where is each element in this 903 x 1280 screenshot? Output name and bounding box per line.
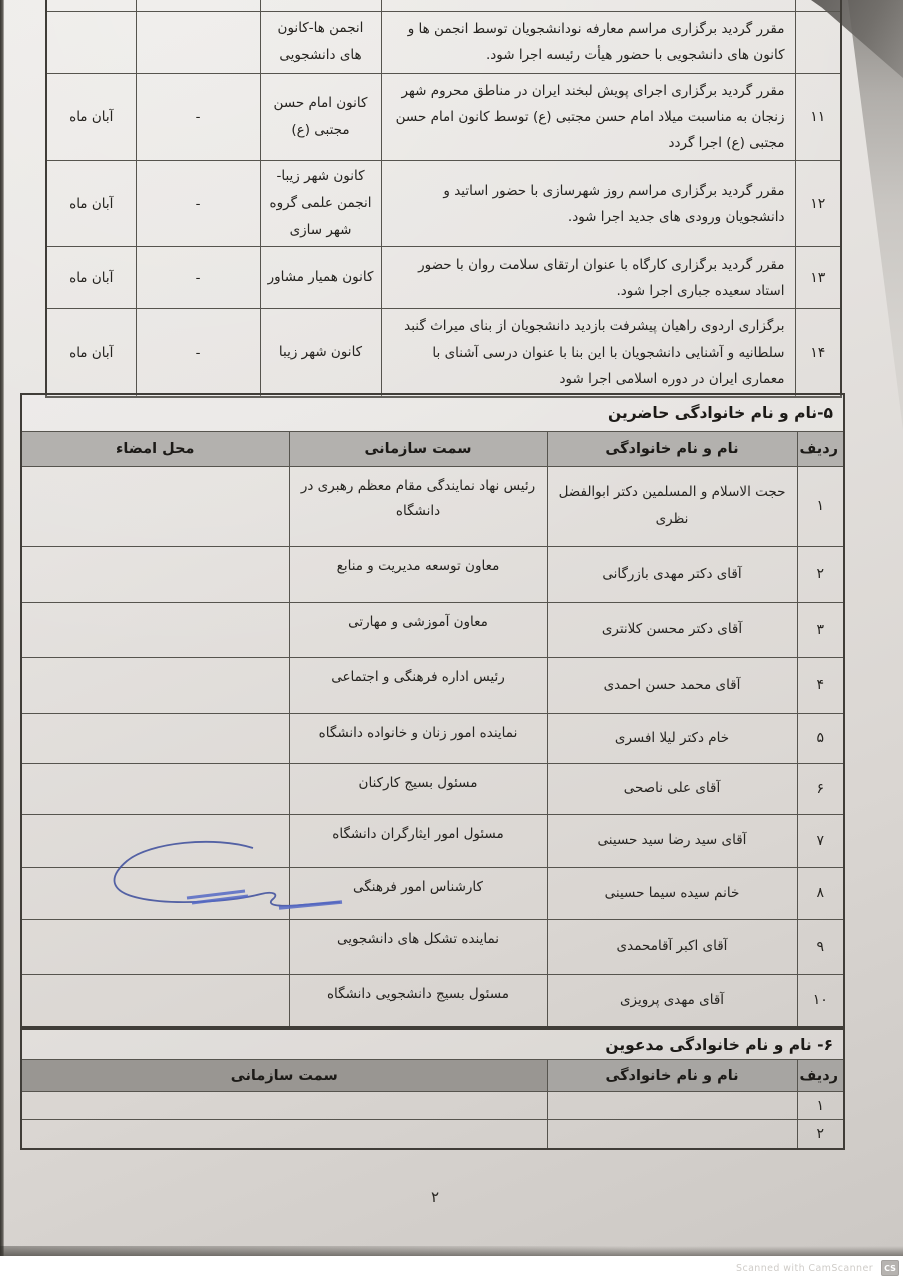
- invitees-section-title-row: ۶- نام و نام خانوادگی مدعوین: [21, 1029, 844, 1060]
- month-cell: آبان ماه: [46, 247, 136, 309]
- camscanner-logo-icon: CS: [881, 1260, 899, 1276]
- invitee-row: ۱: [21, 1092, 844, 1120]
- row-number-cell: ۱۰: [797, 974, 844, 1027]
- row-number-cell: ۱۲: [795, 161, 841, 247]
- header-row-number: ردیف: [797, 1060, 844, 1092]
- scanner-footer: CS Scanned with CamScanner: [0, 1256, 903, 1280]
- row-number-cell: ۷: [797, 814, 844, 867]
- resolutions-table: مقرر گردید برگزاری مراسم معارفه نودانشجو…: [45, 0, 842, 398]
- name-cell: خام دکتر لیلا افسری: [547, 713, 797, 763]
- attendees-table: ۵-نام و نام خانوادگی حاضرین ردیف نام و ن…: [20, 393, 845, 1028]
- header-row-number: ردیف: [797, 431, 844, 466]
- position-cell: مسئول بسیج دانشجویی دانشگاه: [289, 974, 547, 1027]
- signature-cell: [21, 919, 289, 974]
- attendee-row: ۸ خانم سیده سیما حسینی کارشناس امور فرهن…: [21, 867, 844, 919]
- attendee-row: ۷ آقای سید رضا سید حسینی مسئول امور ایثا…: [21, 814, 844, 867]
- row-number-cell: ۱۱: [795, 73, 841, 161]
- row-number-cell: ۲: [797, 1120, 844, 1149]
- header-position: سمت سازمانی: [21, 1060, 547, 1092]
- camscanner-watermark-text: Scanned with CamScanner: [736, 1263, 873, 1274]
- attendees-section-title: ۵-نام و نام خانوادگی حاضرین: [21, 394, 844, 431]
- position-cell: نماینده امور زنان و خانواده دانشگاه: [289, 713, 547, 763]
- position-cell: معاون توسعه مدیریت و منابع: [289, 546, 547, 602]
- name-cell: آقای محمد حسن احمدی: [547, 657, 797, 713]
- organization-cell: انجمن ها-کانون های دانشجویی: [260, 11, 381, 73]
- position-cell: مسئول امور ایثارگران دانشگاه: [289, 814, 547, 867]
- row-number-cell: [795, 0, 841, 11]
- signature-cell: [21, 974, 289, 1027]
- position-cell: [21, 1120, 547, 1149]
- signature-cell: [21, 657, 289, 713]
- name-cell: آقای علی ناصحی: [547, 763, 797, 814]
- row-number-cell: ۱۴: [795, 309, 841, 397]
- signature-cell: [21, 814, 289, 867]
- row-number-cell: ۵: [797, 713, 844, 763]
- row-number-cell: ۱: [797, 1092, 844, 1120]
- resolution-cell: مقرر گردید برگزاری اجرای پویش لبخند ایرا…: [381, 73, 795, 161]
- name-cell: آقای سید رضا سید حسینی: [547, 814, 797, 867]
- month-cell: آبان ماه: [46, 309, 136, 397]
- header-name: نام و نام خانوادگی: [547, 1060, 797, 1092]
- attendee-row: ۵ خام دکتر لیلا افسری نماینده امور زنان …: [21, 713, 844, 763]
- resolution-cell: مقرر گردید برگزاری مراسم معارفه نودانشجو…: [381, 11, 795, 73]
- budget-cell: -: [136, 309, 260, 397]
- invitee-row: ۲: [21, 1120, 844, 1149]
- header-name: نام و نام خانوادگی: [547, 431, 797, 466]
- name-cell: [547, 1092, 797, 1120]
- attendee-row: ۱ حجت الاسلام و المسلمین دکتر ابوالفضل ن…: [21, 466, 844, 546]
- name-cell: آقای دکتر محسن کلانتری: [547, 602, 797, 657]
- name-cell: آقای اکبر آقامحمدی: [547, 919, 797, 974]
- row-number-cell: ۱: [797, 466, 844, 546]
- scanned-document-page: { "resolutions_table": { "rows": [ { "nu…: [0, 0, 903, 1280]
- header-signature: محل امضاء: [21, 431, 289, 466]
- signature-cell: [21, 602, 289, 657]
- invitees-header-row: ردیف نام و نام خانوادگی سمت سازمانی: [21, 1060, 844, 1092]
- row-number-cell: ۳: [797, 602, 844, 657]
- month-cell: آبان ماه: [46, 161, 136, 247]
- budget-cell: -: [136, 161, 260, 247]
- budget-cell: -: [136, 247, 260, 309]
- budget-cell: -: [136, 73, 260, 161]
- resolution-cell: برگزاری اردوی راهیان پیشرفت بازدید دانشج…: [381, 309, 795, 397]
- signature-cell: [21, 763, 289, 814]
- position-cell: [21, 1092, 547, 1120]
- attendee-row: ۲ آقای دکتر مهدی بازرگانی معاون توسعه مد…: [21, 546, 844, 602]
- table-row: ۱۴ برگزاری اردوی راهیان پیشرفت بازدید دا…: [46, 309, 841, 397]
- position-cell: نماینده تشکل های دانشجویی: [289, 919, 547, 974]
- month-cell: آبان ماه: [46, 73, 136, 161]
- resolution-cell: [381, 0, 795, 11]
- organization-cell: کانون امام حسن مجتبی (ع): [260, 73, 381, 161]
- position-cell: مسئول بسیج کارکنان: [289, 763, 547, 814]
- row-number-cell: ۲: [797, 546, 844, 602]
- signature-cell: [21, 466, 289, 546]
- organization-cell: کانون شهر زیبا- انجمن علمی گروه شهر سازی: [260, 161, 381, 247]
- resolution-cell: مقرر گردید برگزاری کارگاه با عنوان ارتقا…: [381, 247, 795, 309]
- position-cell: کارشناس امور فرهنگی: [289, 867, 547, 919]
- scanned-paper-photo: مقرر گردید برگزاری مراسم معارفه نودانشجو…: [0, 0, 903, 1256]
- table-row: [46, 0, 841, 11]
- paper-left-edge-shadow: [0, 0, 4, 1256]
- signature-cell: [21, 713, 289, 763]
- paper-bottom-edge-shadow: [0, 1246, 903, 1256]
- name-cell: خانم سیده سیما حسینی: [547, 867, 797, 919]
- month-cell: [46, 11, 136, 73]
- table-row: ۱۱ مقرر گردید برگزاری اجرای پویش لبخند ا…: [46, 73, 841, 161]
- row-number-cell: ۱۳: [795, 247, 841, 309]
- name-cell: [547, 1120, 797, 1149]
- name-cell: آقای دکتر مهدی بازرگانی: [547, 546, 797, 602]
- attendee-row: ۳ آقای دکتر محسن کلانتری معاون آموزشی و …: [21, 602, 844, 657]
- row-number-cell: [795, 11, 841, 73]
- attendee-row: ۶ آقای علی ناصحی مسئول بسیج کارکنان: [21, 763, 844, 814]
- name-cell: آقای مهدی پرویزی: [547, 974, 797, 1027]
- attendee-row: ۱۰ آقای مهدی پرویزی مسئول بسیج دانشجویی …: [21, 974, 844, 1027]
- attendees-header-row: ردیف نام و نام خانوادگی سمت سازمانی محل …: [21, 431, 844, 466]
- attendee-row: ۹ آقای اکبر آقامحمدی نماینده تشکل های دا…: [21, 919, 844, 974]
- row-number-cell: ۶: [797, 763, 844, 814]
- page-number: ۲: [420, 1188, 450, 1206]
- attendees-section-title-row: ۵-نام و نام خانوادگی حاضرین: [21, 394, 844, 431]
- signature-cell: [21, 867, 289, 919]
- invitees-section-title: ۶- نام و نام خانوادگی مدعوین: [21, 1029, 844, 1060]
- position-cell: رئیس نهاد نمایندگی مقام معظم رهبری در دا…: [289, 466, 547, 546]
- header-position: سمت سازمانی: [289, 431, 547, 466]
- budget-cell: [136, 11, 260, 73]
- attendee-row: ۴ آقای محمد حسن احمدی رئیس اداره فرهنگی …: [21, 657, 844, 713]
- row-number-cell: ۹: [797, 919, 844, 974]
- position-cell: رئیس اداره فرهنگی و اجتماعی: [289, 657, 547, 713]
- signature-cell: [21, 546, 289, 602]
- resolution-cell: مقرر گردید برگزاری مراسم روز شهرسازی با …: [381, 161, 795, 247]
- organization-cell: کانون همیار مشاور: [260, 247, 381, 309]
- row-number-cell: ۸: [797, 867, 844, 919]
- table-row: ۱۳ مقرر گردید برگزاری کارگاه با عنوان ار…: [46, 247, 841, 309]
- table-row: ۱۲ مقرر گردید برگزاری مراسم روز شهرسازی …: [46, 161, 841, 247]
- month-cell: [46, 0, 136, 11]
- budget-cell: [136, 0, 260, 11]
- name-cell: حجت الاسلام و المسلمین دکتر ابوالفضل نظر…: [547, 466, 797, 546]
- organization-cell: کانون شهر زیبا: [260, 309, 381, 397]
- invitees-table: ۶- نام و نام خانوادگی مدعوین ردیف نام و …: [20, 1028, 845, 1150]
- row-number-cell: ۴: [797, 657, 844, 713]
- position-cell: معاون آموزشی و مهارتی: [289, 602, 547, 657]
- organization-cell: [260, 0, 381, 11]
- table-row: مقرر گردید برگزاری مراسم معارفه نودانشجو…: [46, 11, 841, 73]
